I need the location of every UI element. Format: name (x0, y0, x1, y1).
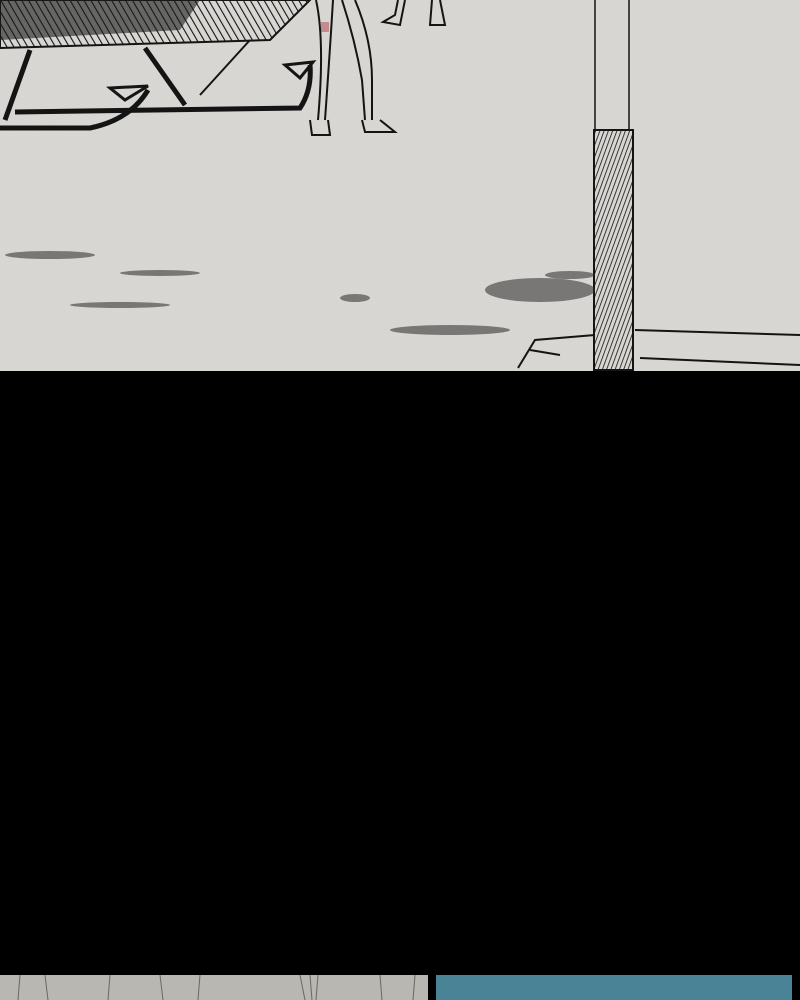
panel-gutter (0, 371, 800, 975)
sketch-illustration (0, 0, 800, 371)
scratch-texture (0, 975, 428, 1000)
blood-stain (321, 22, 329, 32)
comic-panel-bottom-right (436, 975, 792, 1000)
comic-panel-bottom-left (0, 975, 428, 1000)
comic-panel-top (0, 0, 800, 371)
